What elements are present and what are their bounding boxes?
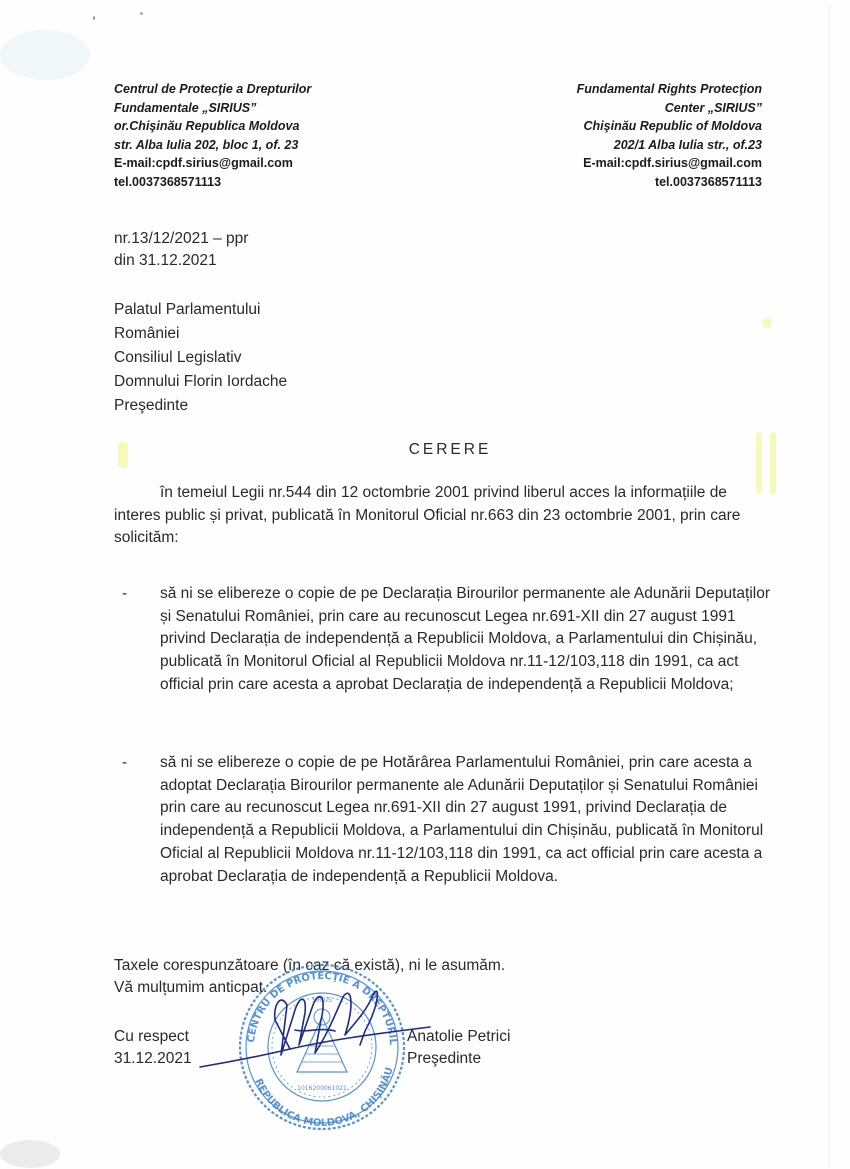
sender-phone: tel.0037368571113: [114, 173, 311, 192]
signoff-left: Cu respect 31.12.2021: [114, 1026, 192, 1070]
scanned-letter-page: Centrul de Protecţie a Drepturilor Funda…: [0, 0, 850, 1169]
request-text: să ni se elibereze o copie de pe Declara…: [160, 583, 777, 697]
sender-line: Fundamentale „SIRIUS”: [114, 99, 311, 118]
signoff-date: 31.12.2021: [114, 1048, 192, 1070]
signatory-role: Preşedinte: [407, 1048, 510, 1070]
sender-header-ro: Centrul de Protecţie a Drepturilor Funda…: [114, 80, 311, 191]
sender-phone: tel.0037368571113: [577, 173, 762, 192]
registration-date: din 31.12.2021: [114, 250, 248, 272]
addressee-block: Palatul Parlamentului României Consiliul…: [114, 298, 287, 418]
sender-email: E-mail:cpdf.sirius@gmail.com: [114, 154, 311, 173]
request-text: să ni se elibereze o copie de pe Hotărâr…: [160, 752, 777, 888]
registration-number: nr.13/12/2021 – ppr: [114, 228, 248, 250]
addressee-line: României: [114, 322, 287, 346]
sender-line: Center „SIRIUS”: [577, 99, 762, 118]
registration-block: nr.13/12/2021 – ppr din 31.12.2021: [114, 228, 248, 272]
addressee-line: Consiliul Legislativ: [114, 346, 287, 370]
sender-line: or.Chişinău Republica Moldova: [114, 117, 311, 136]
sender-header-en: Fundamental Rights Protecţion Center „SI…: [577, 80, 762, 191]
request-item: - să ni se elibereze o copie de pe Hotăr…: [122, 752, 777, 888]
scan-speck: [0, 1140, 60, 1168]
highlighter-mark: [762, 318, 772, 328]
sender-line: Centrul de Protecţie a Drepturilor: [114, 80, 311, 99]
bullet-dash: -: [122, 752, 127, 775]
intro-paragraph: în temeiul Legii nr.544 din 12 octombrie…: [114, 482, 774, 550]
sender-line: str. Alba Iulia 202, bloc 1, of. 23: [114, 136, 311, 155]
document-title: CERERE: [0, 441, 850, 459]
request-item: - să ni se elibereze o copie de pe Decla…: [122, 583, 777, 697]
scan-speck: [0, 30, 90, 80]
sender-line: Fundamental Rights Protecţion: [577, 80, 762, 99]
scan-edge: [829, 5, 830, 1165]
signatory-name: Anatolie Petrici: [407, 1026, 510, 1048]
scan-speck: [93, 16, 95, 20]
handwritten-signature: [195, 975, 435, 1080]
sender-line: 202/1 Alba Iulia str., of.23: [577, 136, 762, 155]
signoff-right: Anatolie Petrici Preşedinte: [407, 1026, 510, 1070]
stamp-id-number: 1016200061021: [297, 1085, 347, 1092]
sender-line: Chişinău Republic of Moldova: [577, 117, 762, 136]
bullet-dash: -: [122, 583, 127, 606]
sender-email: E-mail:cpdf.sirius@gmail.com: [577, 154, 762, 173]
regards-text: Cu respect: [114, 1026, 192, 1048]
addressee-line: Palatul Parlamentului: [114, 298, 287, 322]
scan-speck: [140, 12, 143, 15]
addressee-line: Preşedinte: [114, 394, 287, 418]
addressee-line: Domnului Florin Iordache: [114, 370, 287, 394]
